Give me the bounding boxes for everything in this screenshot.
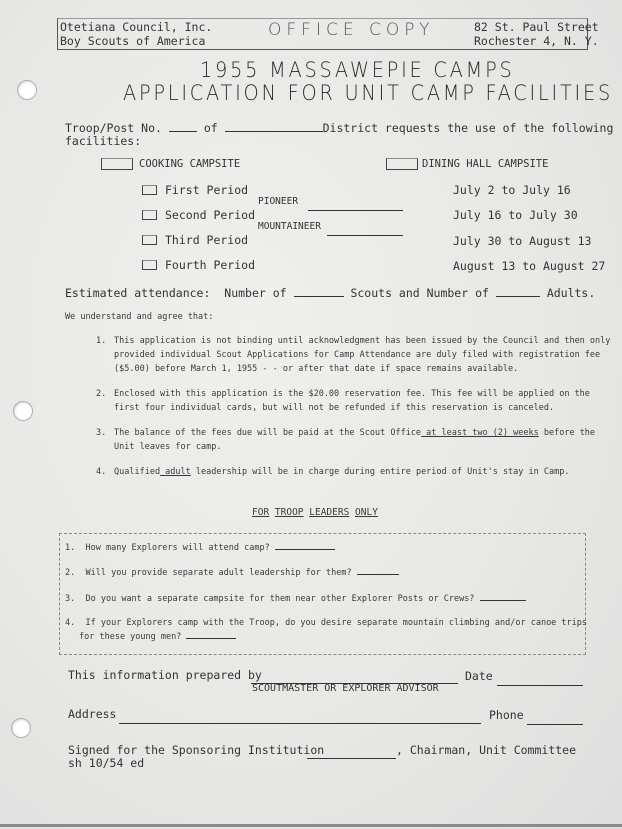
phone-field[interactable]	[527, 714, 583, 725]
heading-word: ONLY	[355, 507, 378, 518]
address-line-2: Rochester 4, N. Y.	[474, 34, 599, 48]
question-number: 3.	[65, 594, 75, 604]
second-period-checkbox[interactable]	[142, 210, 157, 220]
dining-hall-label: DINING HALL CAMPSITE	[422, 158, 548, 170]
troop-number-field[interactable]	[169, 121, 197, 132]
pioneer-label: PIONEER	[258, 196, 298, 207]
question-text: If your Explorers camp with the Troop, d…	[86, 618, 588, 628]
agreement-4-line: Qualified adult leadership will be in ch…	[114, 465, 569, 480]
separate-campsite-field[interactable]	[480, 592, 526, 601]
scouts-label: Scouts and Number of	[350, 286, 488, 300]
agreement-4-num: 4.	[96, 465, 106, 480]
chairman-label: , Chairman, Unit Committee	[396, 743, 576, 757]
agreement-1-line-2: provided individual Scout Applications f…	[114, 348, 600, 363]
fourth-period-checkbox[interactable]	[142, 260, 157, 270]
binder-hole-top	[17, 80, 37, 100]
address-field[interactable]	[119, 713, 481, 724]
agreement-4-text: Qualified	[114, 467, 160, 477]
org-line-2: Boy Scouts of America	[60, 34, 205, 48]
agreement-1-line-1: This application is not binding until ac…	[114, 334, 610, 349]
date-field[interactable]	[497, 675, 583, 686]
attendance-label: Estimated attendance:	[65, 286, 210, 300]
title-line-2: APPLICATION FOR UNIT CAMP FACILITIES	[123, 81, 613, 105]
agreement-4-emphasis: adult	[160, 467, 191, 477]
heading-word: LEADERS	[309, 507, 349, 518]
question-text: Will you provide separate adult leadersh…	[86, 568, 352, 578]
agreement-2-num: 2.	[96, 387, 106, 402]
org-line-1: Otetiana Council, Inc.	[60, 20, 212, 34]
leader-question-2: 2. Will you provide separate adult leade…	[65, 566, 399, 581]
agreement-3-line-2: Unit leaves for camp.	[114, 440, 221, 455]
of-label: of	[204, 121, 218, 135]
question-text: Do you want a separate campsite for them…	[86, 594, 475, 604]
explorers-count-field[interactable]	[275, 541, 335, 550]
adults-count-field[interactable]	[496, 286, 540, 297]
title-line-1: 1955 MASSAWEPIE CAMPS	[200, 58, 515, 82]
separate-leadership-field[interactable]	[357, 566, 399, 575]
binder-hole-bottom	[11, 718, 31, 738]
question-number: 1.	[65, 543, 75, 553]
cooking-campsite-label: COOKING CAMPSITE	[139, 158, 240, 170]
scouts-count-field[interactable]	[294, 286, 344, 297]
second-period-label: Second Period	[165, 208, 255, 222]
first-period-checkbox[interactable]	[142, 185, 157, 195]
mountaineer-field[interactable]	[327, 225, 403, 236]
agreement-3-line-1: The balance of the fees due will be paid…	[114, 426, 595, 441]
troop-leaders-heading: FOR TROOP LEADERS ONLY	[252, 505, 378, 520]
facilities-label: facilities:	[65, 134, 141, 148]
separate-trips-field[interactable]	[186, 630, 236, 639]
binder-hole-middle	[13, 401, 33, 421]
office-copy-stamp: OFFICE COPY	[268, 20, 434, 40]
third-period-checkbox[interactable]	[142, 235, 157, 245]
attendance-line: Estimated attendance: Number of Scouts a…	[65, 286, 595, 300]
third-period-dates: July 30 to August 13	[453, 234, 591, 248]
agreement-1-num: 1.	[96, 334, 106, 349]
question-text: How many Explorers will attend camp?	[86, 543, 270, 553]
question-text: for these young men?	[79, 632, 181, 642]
troop-label: Troop/Post No.	[65, 121, 162, 135]
first-period-label: First Period	[165, 183, 248, 197]
leader-question-4: 4. If your Explorers camp with the Troop…	[65, 616, 587, 631]
sponsor-signature-field[interactable]	[307, 748, 396, 759]
first-period-dates: July 2 to July 16	[453, 183, 571, 197]
district-field[interactable]	[225, 121, 323, 132]
agreement-intro: We understand and agree that:	[65, 310, 213, 325]
question-number: 2.	[65, 568, 75, 578]
leader-question-3: 3. Do you want a separate campsite for t…	[65, 592, 526, 607]
mountaineer-label: MOUNTAINEER	[258, 221, 321, 232]
dining-hall-checkbox[interactable]	[386, 158, 418, 170]
district-text: District requests the use of the followi…	[323, 121, 614, 135]
date-label: Date	[465, 669, 493, 683]
agreement-2-line-1: Enclosed with this application is the $2…	[114, 387, 590, 402]
agreement-4-text-end: leadership will be in charge during enti…	[191, 467, 570, 477]
agreement-3-num: 3.	[96, 426, 106, 441]
agreement-3-emphasis: at least two (2) weeks	[421, 428, 539, 438]
agreement-2-line-2: first four individual cards, but will no…	[114, 401, 554, 416]
fourth-period-label: Fourth Period	[165, 258, 255, 272]
third-period-label: Third Period	[165, 233, 248, 247]
question-number: 4.	[65, 618, 75, 628]
phone-label: Phone	[489, 708, 524, 722]
page-bottom-edge	[0, 824, 622, 827]
signed-for-label: Signed for the Sponsoring Institution	[68, 743, 324, 757]
pioneer-field[interactable]	[308, 200, 403, 211]
request-line: Troop/Post No. of District requests the …	[65, 121, 613, 135]
address-line-1: 82 St. Paul Street	[474, 20, 599, 34]
fourth-period-dates: August 13 to August 27	[453, 259, 605, 273]
heading-word: FOR	[252, 507, 269, 518]
agreement-3-text-end: before the	[539, 428, 595, 438]
agreement-3-text: The balance of the fees due will be paid…	[114, 428, 421, 438]
prepared-by-label: This information prepared by	[68, 668, 262, 682]
cooking-campsite-checkbox[interactable]	[101, 158, 133, 170]
number-of-label: Number of	[224, 286, 286, 300]
document-page: Otetiana Council, Inc. Boy Scouts of Ame…	[0, 0, 622, 829]
heading-word: TROOP	[275, 507, 304, 518]
role-caption: SCOUTMASTER OR EXPLORER ADVISOR	[252, 683, 439, 694]
agreement-1-line-3: ($5.00) before March 1, 1955 - - or afte…	[114, 362, 518, 377]
form-revision-code: sh 10/54 ed	[68, 756, 144, 770]
adults-label: Adults.	[547, 286, 595, 300]
address-label: Address	[68, 707, 116, 721]
second-period-dates: July 16 to July 30	[453, 208, 578, 222]
leader-question-4-line-2: for these young men?	[79, 630, 236, 645]
leader-question-1: 1. How many Explorers will attend camp?	[65, 541, 335, 556]
